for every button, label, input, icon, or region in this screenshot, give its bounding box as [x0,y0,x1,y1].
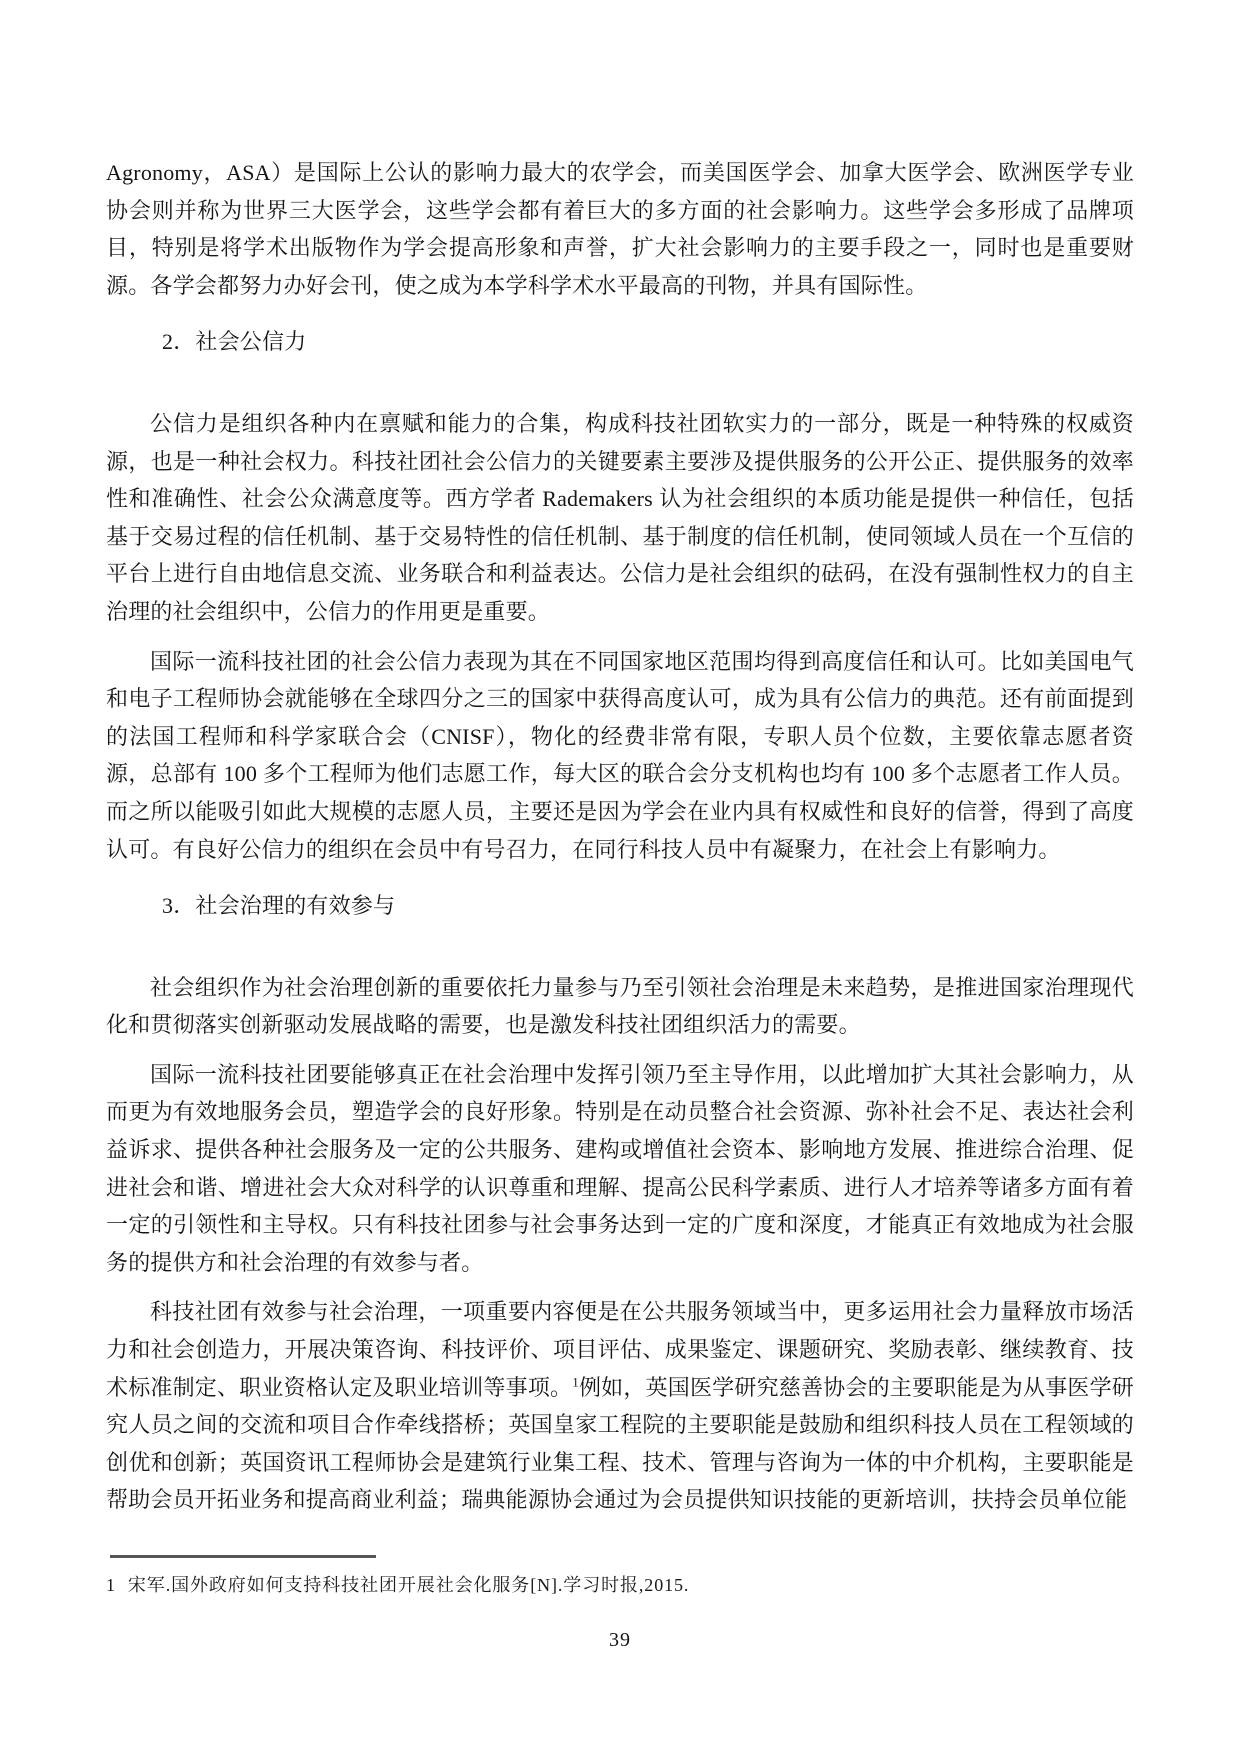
paragraph: 国际一流科技社团要能够真正在社会治理中发挥引领乃至主导作用，以此增加扩大其社会影… [106,1056,1134,1282]
footnote-entry: 1宋军.国外政府如何支持科技社团开展社会化服务[N].学习时报,2015. [106,1572,1034,1598]
footnote-section: 1宋军.国外政府如何支持科技社团开展社会化服务[N].学习时报,2015. [106,1555,1034,1598]
section-heading-public-credibility: 2．社会公信力 [106,323,1134,361]
footnote-number: 1 [106,1575,116,1595]
paragraph: 社会组织作为社会治理创新的重要依托力量参与乃至引领社会治理是未来趋势，是推进国家… [106,969,1134,1044]
page-content: Agronomy，ASA）是国际上公认的影响力最大的农学会，而美国医学会、加拿大… [106,154,1134,1531]
footnote-reference-marker: 1 [572,1374,579,1389]
footnote-text: 宋军.国外政府如何支持科技社团开展社会化服务[N].学习时报,2015. [128,1575,689,1595]
paragraph: 公信力是组织各种内在禀赋和能力的合集，构成科技社团软实力的一部分，既是一种特殊的… [106,405,1134,631]
footnote-separator-rule [110,1555,376,1558]
paragraph-with-footnote-ref: 科技社团有效参与社会治理，一项重要内容便是在公共服务领域当中，更多运用社会力量释… [106,1293,1134,1519]
page-number: 39 [0,1629,1240,1652]
section-heading-social-governance: 3．社会治理的有效参与 [106,887,1134,925]
document-page: Agronomy，ASA）是国际上公认的影响力最大的农学会，而美国医学会、加拿大… [0,0,1240,1753]
paragraph: 国际一流科技社团的社会公信力表现为其在不同国家地区范围均得到高度信任和认可。比如… [106,643,1134,869]
paragraph-continuation: Agronomy，ASA）是国际上公认的影响力最大的农学会，而美国医学会、加拿大… [106,154,1134,304]
